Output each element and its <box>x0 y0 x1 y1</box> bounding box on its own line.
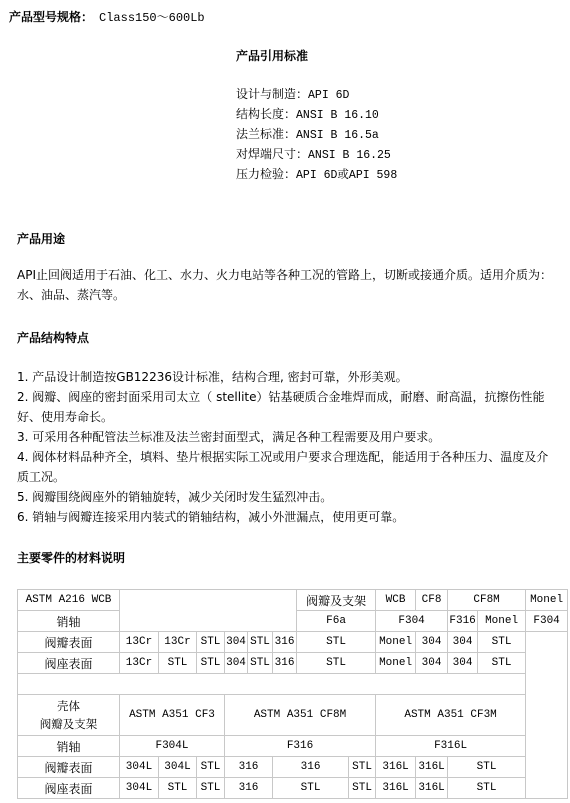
cell-disc-bracket: 阀瓣及支架 <box>297 590 376 611</box>
cell: 304 <box>416 653 448 674</box>
cell: STL <box>448 757 526 778</box>
cell-f304: F304 <box>376 611 448 632</box>
cell: STL <box>197 653 225 674</box>
cell-cf8: CF8 <box>416 590 448 611</box>
product-spec-value: Class150～600Lb <box>99 11 205 25</box>
feature-item: 4. 阀体材料品种齐全，填料、垫片根据实际工况或用户要求合理选配，能适用于各种压… <box>17 447 557 487</box>
cell: STL <box>349 757 376 778</box>
cell-pin-cf3m: F316L <box>376 736 526 757</box>
standards-heading: 产品引用标准 <box>236 47 397 64</box>
cell-f6a: F6a <box>297 611 376 632</box>
cell: 13Cr <box>120 632 159 653</box>
features-list: 1. 产品设计制造按GB12236设计标准，结构合理, 密封可靠，外形美观。 2… <box>17 367 557 527</box>
cell-body-disc-label: 壳体 阀瓣及支架 <box>18 695 120 736</box>
cell-seat-surface-label: 阀座表面 <box>18 778 120 799</box>
cell: 304L <box>120 778 159 799</box>
cell-seat-surface-label: 阀座表面 <box>18 653 120 674</box>
cell-blank-right <box>526 632 568 799</box>
cell-cf8m: ASTM A351 CF8M <box>225 695 376 736</box>
usage-text: API止回阀适用于石油、化工、水力、火力电站等各种工况的管路上，切断或接通介质。… <box>17 265 557 305</box>
cell: STL <box>478 653 526 674</box>
cell: 316 <box>273 632 297 653</box>
cell: STL <box>197 632 225 653</box>
standard-item: 结构长度：ANSI B 16.10 <box>236 104 397 124</box>
cell-cf8m: CF8M <box>448 590 526 611</box>
cell-pin-cf8m: F316 <box>225 736 376 757</box>
cell: 304 <box>416 632 448 653</box>
table-row-spacer <box>18 674 568 695</box>
table-row: 阀座表面 304L STL STL 316 STL STL 316L 316L … <box>18 778 568 799</box>
feature-item: 2. 阀瓣、阀座的密封面采用司太立（ stellite）钴基硬质合金堆焊而成，耐… <box>17 387 557 427</box>
usage-heading: 产品用途 <box>17 230 65 247</box>
features-heading: 产品结构特点 <box>17 329 89 346</box>
standard-item: 设计与制造：API 6D <box>236 84 397 104</box>
cell-wcb: WCB <box>376 590 416 611</box>
cell: 13Cr <box>159 632 197 653</box>
cell-cf3: ASTM A351 CF3 <box>120 695 225 736</box>
cell-pin-label: 销轴 <box>18 611 120 632</box>
cell: STL <box>273 778 349 799</box>
cell-pin-cf3: F304L <box>120 736 225 757</box>
materials-table: ASTM A216 WCB 阀瓣及支架 WCB CF8 CF8M Monel 销… <box>17 589 568 799</box>
cell-spacer <box>18 674 526 695</box>
feature-item: 3. 可采用各种配管法兰标准及法兰密封面型式，满足各种工程需要及用户要求。 <box>17 427 557 447</box>
cell: STL <box>197 757 225 778</box>
cell: 304 <box>448 653 478 674</box>
cell-pin-label: 销轴 <box>18 736 120 757</box>
cell: 304L <box>120 757 159 778</box>
cell: STL <box>448 778 526 799</box>
standard-item: 法兰标准：ANSI B 16.5a <box>236 124 397 144</box>
cell: 316 <box>225 778 273 799</box>
cell: 316L <box>416 757 448 778</box>
cell: 13Cr <box>120 653 159 674</box>
feature-item: 6. 销轴与阀瓣连接采用内装式的销轴结构，减小外泄漏点，使用更可靠。 <box>17 507 557 527</box>
materials-heading: 主要零件的材料说明 <box>17 549 125 566</box>
cell: 316 <box>273 653 297 674</box>
cell: STL <box>478 632 526 653</box>
standard-item: 对焊端尺寸：ANSI B 16.25 <box>236 144 397 164</box>
table-row: 阀座表面 13Cr STL STL 304 STL 316 STL Monel … <box>18 653 568 674</box>
cell: 304 <box>448 632 478 653</box>
table-row: 阀瓣表面 304L 304L STL 316 316 STL 316L 316L… <box>18 757 568 778</box>
cell: 316 <box>225 757 273 778</box>
table-row: ASTM A216 WCB 阀瓣及支架 WCB CF8 CF8M Monel <box>18 590 568 611</box>
cell-blank <box>120 590 297 632</box>
feature-item: 1. 产品设计制造按GB12236设计标准，结构合理, 密封可靠，外形美观。 <box>17 367 557 387</box>
cell: STL <box>349 778 376 799</box>
cell: STL <box>297 653 376 674</box>
cell-monel-pin: Monel <box>478 611 526 632</box>
cell: 304 <box>225 653 248 674</box>
cell: 304 <box>225 632 248 653</box>
cell: 316L <box>376 757 416 778</box>
cell: STL <box>197 778 225 799</box>
cell-f304b: F304 <box>526 611 568 632</box>
cell: STL <box>248 632 273 653</box>
table-row: 销轴 F304L F316 F316L <box>18 736 568 757</box>
table-row: 阀瓣表面 13Cr 13Cr STL 304 STL 316 STL Monel… <box>18 632 568 653</box>
cell: 316 <box>273 757 349 778</box>
cell-disc-surface-label: 阀瓣表面 <box>18 757 120 778</box>
standards-block: 产品引用标准 设计与制造：API 6D 结构长度：ANSI B 16.10 法兰… <box>236 47 397 184</box>
cell: STL <box>297 632 376 653</box>
product-spec-label: 产品型号规格： <box>9 10 93 24</box>
feature-item: 5. 阀瓣围绕阀座外的销轴旋转，减少关闭时发生猛烈冲击。 <box>17 487 557 507</box>
standard-item: 压力检验：API 6D或API 598 <box>236 164 397 184</box>
product-spec: 产品型号规格：Class150～600Lb <box>9 8 205 25</box>
cell-cf3m: ASTM A351 CF3M <box>376 695 526 736</box>
cell-monel: Monel <box>526 590 568 611</box>
cell-disc-surface-label: 阀瓣表面 <box>18 632 120 653</box>
table-row: 壳体 阀瓣及支架 ASTM A351 CF3 ASTM A351 CF8M AS… <box>18 695 568 736</box>
cell: 316L <box>416 778 448 799</box>
cell-body-wcb: ASTM A216 WCB <box>18 590 120 611</box>
cell: STL <box>159 653 197 674</box>
cell: Monel <box>376 653 416 674</box>
cell-f316: F316 <box>448 611 478 632</box>
cell: STL <box>159 778 197 799</box>
cell: STL <box>248 653 273 674</box>
cell: Monel <box>376 632 416 653</box>
cell: 316L <box>376 778 416 799</box>
cell: 304L <box>159 757 197 778</box>
